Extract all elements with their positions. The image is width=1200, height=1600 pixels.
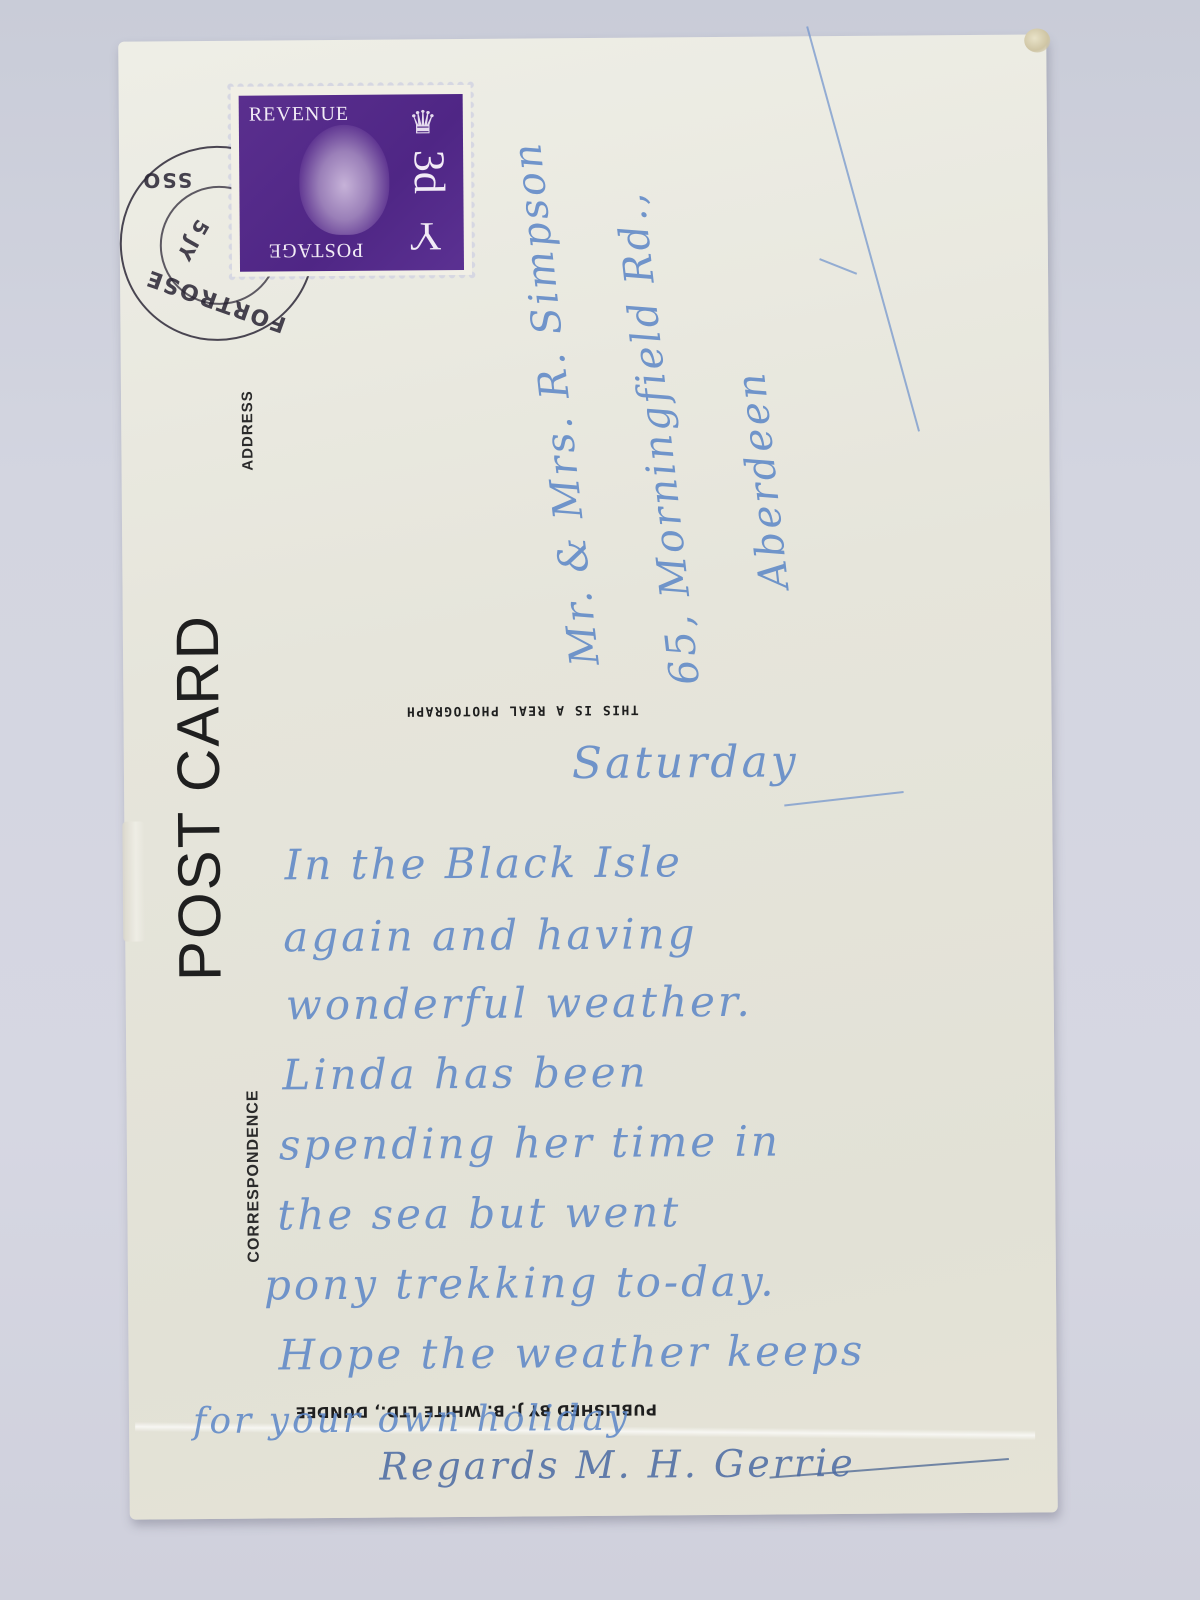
postmark-top-text: SSO xyxy=(141,168,192,192)
message-line: wonderful weather. xyxy=(286,977,753,1030)
message-line: Linda has been xyxy=(282,1048,649,1100)
real-photograph-note: THIS IS A REAL PHOTOGRAPH xyxy=(405,702,638,719)
address-label: ADDRESS xyxy=(239,390,257,470)
address-line-city: Aberdeen xyxy=(728,368,798,592)
stamp-value: 3d xyxy=(404,150,455,194)
worn-corner xyxy=(1024,28,1050,52)
crown-icon: ♛ xyxy=(403,100,443,144)
message-line: Hope the weather keeps xyxy=(278,1326,865,1380)
queen-portrait-icon xyxy=(299,125,390,236)
postage-stamp: REVENUE ♛ 3d POSTAGE Ƴ xyxy=(231,85,472,277)
message-signoff: Regards M. H. Gerrie xyxy=(379,1441,856,1489)
message-line: spending her time in xyxy=(279,1116,781,1169)
message-line: for your own holiday xyxy=(193,1398,631,1442)
correspondence-label: CORRESPONDENCE xyxy=(244,1089,263,1262)
pen-stroke-short xyxy=(784,791,903,806)
message-line: again and having xyxy=(283,909,698,961)
lion-emblem-icon: Ƴ xyxy=(402,212,450,260)
post-card-heading: POST CARD xyxy=(162,481,246,982)
postcard: SSO 5 JY FORTROSE REVENUE ♛ 3d POSTAGE Ƴ… xyxy=(118,34,1058,1519)
address-line-street: 65, Morningfield Rd., xyxy=(607,188,709,687)
message-line: pony trekking to-day. xyxy=(264,1257,777,1310)
message-line: the sea but went xyxy=(277,1187,681,1239)
pen-stroke xyxy=(807,26,920,431)
stamp-postage-text: POSTAGE xyxy=(268,238,364,262)
stamp-face: REVENUE ♛ 3d POSTAGE Ƴ xyxy=(239,94,464,272)
address-line-name: Mr. & Mrs. R. Simpson xyxy=(504,138,609,668)
torn-edge xyxy=(122,821,145,941)
stamp-revenue-text: REVENUE xyxy=(249,103,350,127)
pen-cross-mark xyxy=(819,258,857,274)
message-line: In the Black Isle xyxy=(284,837,683,889)
message-day: Saturday xyxy=(572,736,799,789)
